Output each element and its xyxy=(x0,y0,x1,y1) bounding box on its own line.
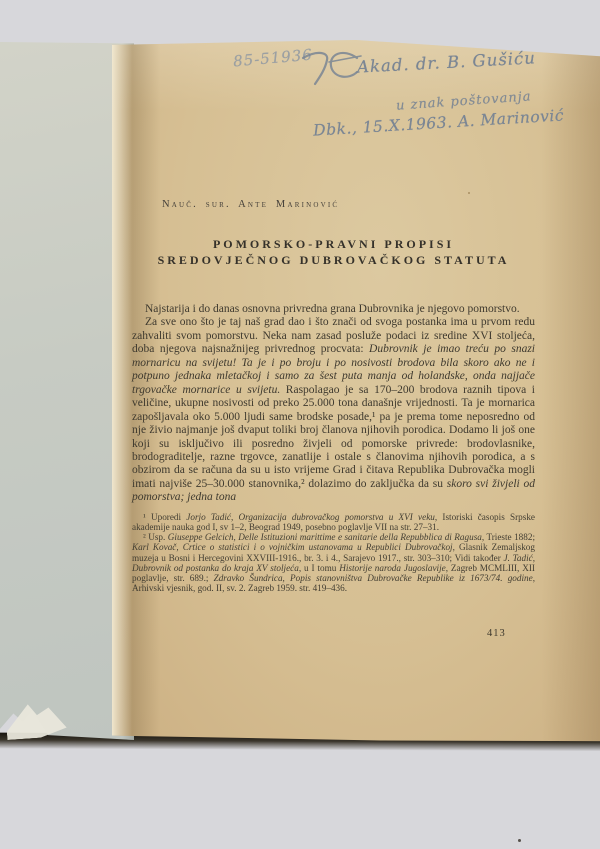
scanned-book-page: 85-51936 Akad. dr. B. Gušiću u znak pošt… xyxy=(0,0,600,849)
article-title-line-1: POMORSKO-PRAVNI PROPISI xyxy=(132,237,535,253)
author-line: Nauč. sur. Ante Marinović xyxy=(162,199,339,210)
footnote: ¹ Uporedi Jorjo Tadić, Organizacija dubr… xyxy=(132,512,535,532)
body-text: Najstarija i do danas osnovna privredna … xyxy=(132,303,535,505)
paper-speck xyxy=(468,192,470,194)
body-paragraph: Za sve ono što je taj naš grad dao i što… xyxy=(132,316,535,504)
text-column: Najstarija i do danas osnovna privredna … xyxy=(132,303,535,593)
article-title-line-2: SREDOVJEČNOG DUBROVAČKOG STATUTA xyxy=(132,253,535,269)
page-number: 413 xyxy=(487,628,506,639)
paper-speck xyxy=(518,839,521,842)
footnote-section: ¹ Uporedi Jorjo Tadić, Organizacija dubr… xyxy=(132,512,535,594)
body-paragraph: Najstarija i do danas osnovna privredna … xyxy=(132,303,535,316)
footnote: ² Usp. Giuseppe Gelcich, Delle Istituzio… xyxy=(132,532,535,593)
handwritten-mark xyxy=(299,46,365,88)
article-title: POMORSKO-PRAVNI PROPISI SREDOVJEČNOG DUB… xyxy=(132,237,535,268)
